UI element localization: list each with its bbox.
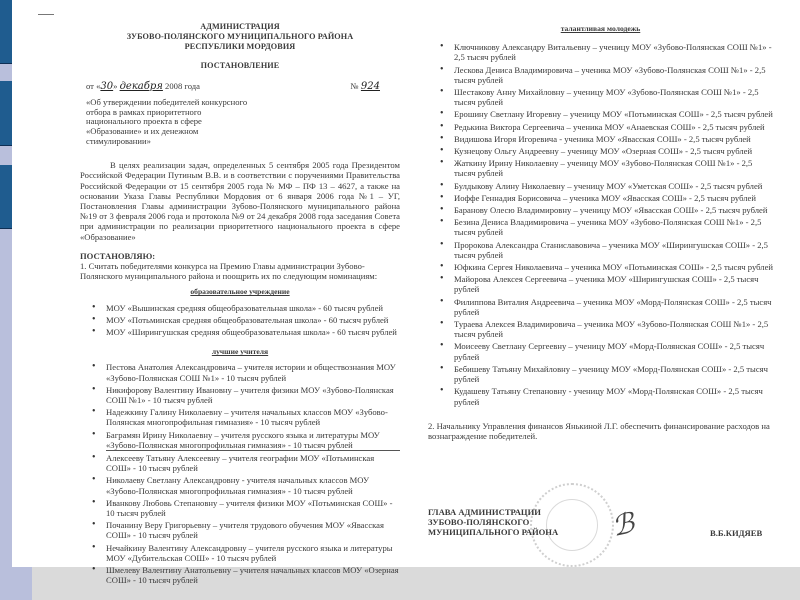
signature-title-line: ГЛАВА АДМИНИСТРАЦИИ (428, 507, 558, 517)
org-header-line: ЗУБОВО-ПОЛЯНСКОГО МУНИЦИПАЛЬНОГО РАЙОНА (80, 32, 400, 42)
decorative-bar-2 (0, 81, 12, 146)
list-item: Бебишеву Татьяну Михайловну – ученицу МО… (454, 364, 773, 384)
list-item: Шмелеву Валентину Анатольевну – учителя … (106, 565, 400, 585)
youth-list: Ключникову Александру Витальевну – учени… (428, 42, 773, 407)
list-item: Филиппова Виталия Андреевича – ученика М… (454, 297, 773, 317)
date-prefix: от « (86, 81, 100, 91)
list-item: Кудашеву Татьяну Степановну - ученицу МО… (454, 386, 773, 406)
signature-title: ГЛАВА АДМИНИСТРАЦИИ ЗУБОВО-ПОЛЯНСКОГО МУ… (428, 507, 558, 537)
list-item: Булдыкову Алину Николаевну – ученицу МОУ… (454, 181, 773, 191)
institutions-list: МОУ «Вышинская средняя общеобразовательн… (80, 303, 400, 338)
decorative-bar-3 (0, 165, 12, 229)
list-item: Почанину Веру Григорьевну – учителя труд… (106, 520, 400, 540)
left-column: АДМИНИСТРАЦИЯ ЗУБОВО-ПОЛЯНСКОГО МУНИЦИПА… (80, 22, 400, 587)
list-item: Ерошину Светлану Игоревну – ученицу МОУ … (454, 109, 773, 119)
list-item: Тураева Алексея Владимировича – ученика … (454, 319, 773, 339)
list-item: МОУ «Потьминская средняя общеобразовател… (106, 315, 400, 325)
doc-type: ПОСТАНОВЛЕНИЕ (80, 61, 400, 71)
list-item: Нечайкину Валентину Александровну – учит… (106, 543, 400, 563)
list-item: Иванкову Любовь Степановну – учителя физ… (106, 498, 400, 518)
doc-topic: «Об утверждении победителей конкурсного … (86, 98, 256, 146)
list-item: Лескова Дениса Владимировича – ученика М… (454, 65, 773, 85)
org-header-line: АДМИНИСТРАЦИЯ (80, 22, 400, 32)
resolve-heading: ПОСТАНОВЛЯЮ: (80, 251, 400, 261)
list-item: Баранову Олесю Владимировну – ученицу МО… (454, 205, 773, 215)
signature-title-line: ЗУБОВО-ПОЛЯНСКОГО (428, 517, 558, 527)
list-item: Жаткину Ирину Николаевну – ученицу МОУ «… (454, 158, 773, 178)
list-item: МОУ «Ширингушская средняя общеобразовате… (106, 327, 400, 337)
list-item: Безина Дениса Владимировича – ученика МО… (454, 217, 773, 237)
preamble: В целях реализации задач, определенных 5… (80, 160, 400, 242)
signature-title-line: МУНИЦИПАЛЬНОГО РАЙОНА (428, 527, 558, 537)
section-title-youth: талантливая молодежь (428, 24, 773, 34)
point-2: 2. Начальнику Управления финансов Янькин… (428, 421, 773, 441)
org-header-line: РЕСПУБЛИКИ МОРДОВИЯ (80, 42, 400, 52)
date-month: декабря (120, 81, 163, 92)
date-day: 30 (100, 81, 113, 92)
list-item: Баграмян Ирину Николаевну – учителя русс… (106, 430, 400, 451)
scan-mark (38, 14, 54, 15)
teachers-list: Пестова Анатолия Александровича – учител… (80, 362, 400, 585)
list-item: Пестова Анатолия Александровича – учител… (106, 362, 400, 382)
signatory-name: В.Б.КИДЯЕВ (710, 528, 762, 538)
list-item: Майорова Алексея Сергеевича – ученика МО… (454, 274, 773, 294)
point-1: 1. Считать победителями конкурса на Прем… (80, 261, 400, 281)
list-item: Редькина Виктора Сергеевича – ученика МО… (454, 122, 773, 132)
list-item: Видишова Игоря Игоревича - ученика МОУ «… (454, 134, 773, 144)
list-item: Алексееву Татьяну Алексеевну – учителя г… (106, 453, 400, 473)
date-number-line: от «30» декабря 2008 года № 924 (86, 81, 400, 92)
number-value: 924 (361, 81, 394, 92)
section-title-teachers: лучшие учителя (80, 347, 400, 357)
right-column: талантливая молодежь Ключникову Александ… (428, 22, 773, 441)
doc-date: от «30» декабря 2008 года (86, 81, 200, 92)
list-item: Моисееву Светлану Сергеевну – ученицу МО… (454, 341, 773, 361)
date-suffix: 2008 года (163, 81, 200, 91)
list-item: Никифорову Валентину Ивановну – учителя … (106, 385, 400, 405)
list-item: Надежкину Галину Николаевну – учителя на… (106, 407, 400, 427)
list-item: Ключникову Александру Витальевну – учени… (454, 42, 773, 62)
list-item: МОУ «Вышинская средняя общеобразовательн… (106, 303, 400, 313)
list-item: Шестакову Анну Михайловну – ученицу МОУ … (454, 87, 773, 107)
doc-number: № 924 (351, 81, 394, 92)
decorative-bar-1 (0, 0, 12, 64)
list-item: Кузнецову Ольгу Андреевну – ученицу МОУ … (454, 146, 773, 156)
list-item: Юфкина Сергея Николаевича – ученика МОУ … (454, 262, 773, 272)
number-prefix: № (351, 81, 361, 91)
list-item: Иоффе Геннадия Борисовича – ученика МОУ … (454, 193, 773, 203)
list-item: Пророкова Александра Станиславовича – уч… (454, 240, 773, 260)
org-header: АДМИНИСТРАЦИЯ ЗУБОВО-ПОЛЯНСКОГО МУНИЦИПА… (80, 22, 400, 52)
list-item: Николаеву Светлану Александровну - учите… (106, 475, 400, 495)
section-title-institutions: образовательное учреждение (80, 287, 400, 297)
